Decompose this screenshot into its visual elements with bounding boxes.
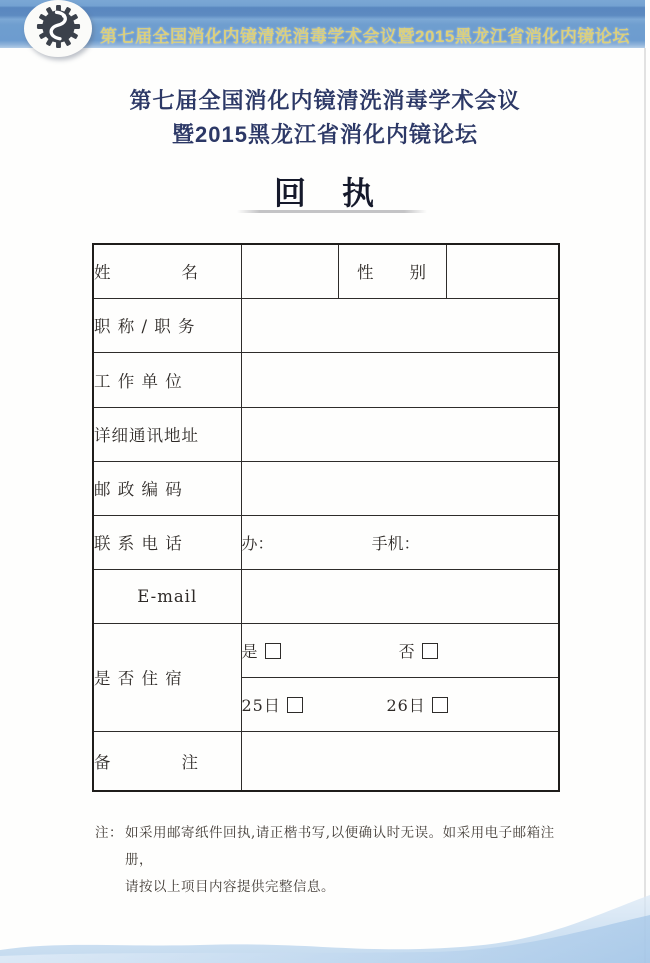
conference-banner: 第七届全国消化内镜清洗消毒学术会议暨2015黑龙江省消化内镜论坛 xyxy=(0,0,645,48)
table-row: 工 作 单 位 xyxy=(93,352,559,407)
gender-input-cell[interactable] xyxy=(446,244,559,298)
job-label-cell: 职 称 / 职 务 xyxy=(93,298,241,352)
note-line-1: 如采用邮寄纸件回执,请正楷书写,以便确认时无误。如采用电子邮箱注册， xyxy=(125,820,573,874)
name-label-cell: 姓 名 xyxy=(93,244,241,298)
job-label: 职 称 / 职 务 xyxy=(94,317,196,336)
society-logo xyxy=(24,0,92,57)
phone-mobile-label: 手机： xyxy=(372,531,420,554)
name-input-cell[interactable] xyxy=(241,244,338,298)
accommodation-day25-label: 25日 xyxy=(242,696,281,715)
gear-icon xyxy=(35,3,82,55)
table-row: E-mail xyxy=(93,569,559,623)
address-label-cell: 详细通讯地址 xyxy=(93,407,241,461)
document-title: 第七届全国消化内镜清洗消毒学术会议 暨2015黑龙江省消化内镜论坛 xyxy=(0,84,650,152)
email-input-cell[interactable] xyxy=(241,569,559,623)
workunit-label: 工 作 单 位 xyxy=(94,372,183,391)
name-label: 姓 名 xyxy=(94,263,199,282)
reply-slip-heading: 回 执 xyxy=(0,168,650,214)
accommodation-day25-checkbox[interactable] xyxy=(287,697,303,713)
phone-label-cell: 联 系 电 话 xyxy=(93,515,241,569)
phone-label: 联 系 电 话 xyxy=(94,534,183,553)
registration-form-table: 姓 名 性 别 职 称 / 职 务 工 作 单 位 详细通讯地址 xyxy=(92,243,560,792)
phone-office-label: 办： xyxy=(242,531,367,554)
email-label: E-mail xyxy=(137,587,197,606)
phone-input-cell[interactable]: 办： 手机： xyxy=(241,515,559,569)
accommodation-yes-label: 是 xyxy=(242,642,259,661)
accommodation-yes-checkbox[interactable] xyxy=(265,643,281,659)
accommodation-label-cell: 是 否 住 宿 xyxy=(93,623,241,731)
remarks-label-cell: 备 注 xyxy=(93,731,241,791)
table-row: 是 否 住 宿 是 否 xyxy=(93,623,559,677)
accommodation-no-label: 否 xyxy=(399,642,416,661)
postcode-label-cell: 邮 政 编 码 xyxy=(93,461,241,515)
title-line-1: 第七届全国消化内镜清洗消毒学术会议 xyxy=(0,84,650,118)
table-row: 详细通讯地址 xyxy=(93,407,559,461)
note-line-2: 请按以上项目内容提供完整信息。 xyxy=(125,874,573,901)
note-label: 注： xyxy=(95,820,123,847)
postcode-input-cell[interactable] xyxy=(241,461,559,515)
table-row: 备 注 xyxy=(93,731,559,791)
accommodation-yesno-cell: 是 否 xyxy=(241,623,559,677)
table-row: 联 系 电 话 办： 手机： xyxy=(93,515,559,569)
accommodation-dates-cell: 25日 26日 xyxy=(241,677,559,731)
gender-label: 性 别 xyxy=(357,263,427,282)
accommodation-day26-label: 26日 xyxy=(386,696,425,715)
title-line-2: 暨2015黑龙江省消化内镜论坛 xyxy=(0,118,650,152)
postcode-label: 邮 政 编 码 xyxy=(94,480,183,499)
table-row: 姓 名 性 别 xyxy=(93,244,559,298)
address-input-cell[interactable] xyxy=(241,407,559,461)
gender-label-cell: 性 别 xyxy=(338,244,446,298)
scanned-form-page: 第七届全国消化内镜清洗消毒学术会议暨2015黑龙江省消化内镜论坛 xyxy=(0,0,650,963)
table-row: 邮 政 编 码 xyxy=(93,461,559,515)
accommodation-label: 是 否 住 宿 xyxy=(94,669,183,688)
job-input-cell[interactable] xyxy=(241,298,559,352)
remarks-input-cell[interactable] xyxy=(241,731,559,791)
table-row: 职 称 / 职 务 xyxy=(93,298,559,352)
banner-title: 第七届全国消化内镜清洗消毒学术会议暨2015黑龙江省消化内镜论坛 xyxy=(100,22,640,47)
email-label-cell: E-mail xyxy=(93,569,241,623)
remarks-label: 备 注 xyxy=(94,753,199,772)
heading-underline xyxy=(237,210,427,213)
workunit-input-cell[interactable] xyxy=(241,352,559,407)
accommodation-no-checkbox[interactable] xyxy=(422,643,438,659)
workunit-label-cell: 工 作 单 位 xyxy=(93,352,241,407)
footer-note: 注： 如采用邮寄纸件回执,请正楷书写,以便确认时无误。如采用电子邮箱注册， 请按… xyxy=(95,820,573,901)
accommodation-day26-checkbox[interactable] xyxy=(432,697,448,713)
page-edge-line xyxy=(644,48,646,963)
address-label: 详细通讯地址 xyxy=(94,426,199,445)
